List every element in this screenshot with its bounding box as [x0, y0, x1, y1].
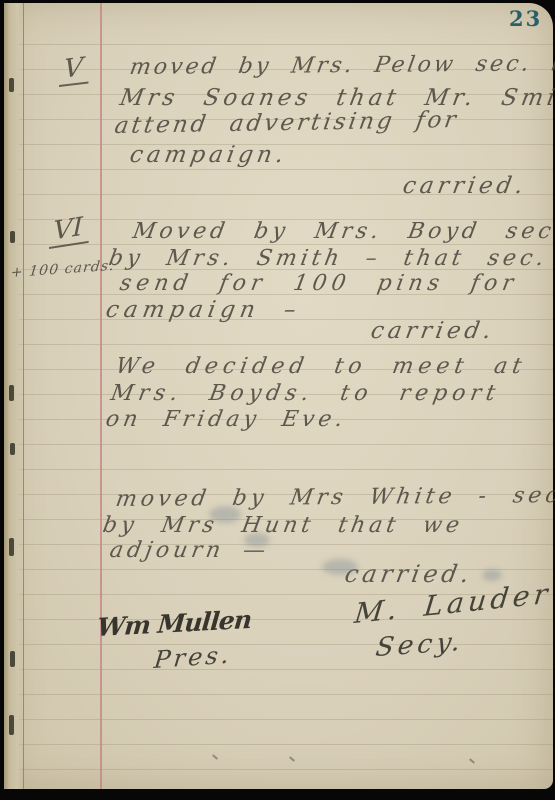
- binding-stitch: [10, 231, 15, 243]
- minutes-line: moved by Mrs. Pelow sec. by: [128, 53, 555, 79]
- carried-note: carried.: [343, 562, 475, 586]
- binding-stitch: [9, 538, 14, 556]
- binding-stitch: [10, 651, 15, 667]
- minutes-line: on Friday Eve.: [104, 409, 348, 431]
- minutes-line: attend advertising for: [113, 109, 460, 138]
- item-v-numeral: V: [59, 54, 90, 87]
- binding-edge: [4, 3, 24, 789]
- page-number: 23: [509, 8, 542, 29]
- minutes-line: Moved by Mrs. Boyd sec: [131, 221, 555, 243]
- binding-stitch: [9, 715, 14, 735]
- binding-stitch: [10, 443, 15, 455]
- margin-rule-line: [100, 3, 102, 789]
- secretary-title: Secy.: [374, 629, 466, 661]
- pencil-tick: [469, 758, 475, 763]
- ink-smudge: [322, 559, 358, 575]
- pencil-tick: [289, 756, 295, 761]
- minutes-line: by Mrs Hunt that we: [101, 515, 465, 537]
- item-vi-numeral: VI: [49, 213, 89, 249]
- binding-stitch: [9, 385, 14, 401]
- minutes-book-photo: 23 V moved by Mrs. Pelow sec. by Mrs Soa…: [0, 0, 555, 800]
- ink-smudge: [209, 506, 241, 523]
- ink-smudge: [244, 533, 270, 547]
- president-title: Pres.: [153, 643, 233, 672]
- minutes-line: campaign –: [104, 299, 303, 322]
- minutes-line: send for 100 pins for: [118, 273, 520, 295]
- ink-smudge: [482, 569, 502, 581]
- minutes-line: moved by Mrs White - sec.: [114, 485, 555, 511]
- pencil-tick: [212, 754, 218, 759]
- minutes-line: We decided to meet at: [114, 356, 528, 378]
- minutes-line: Mrs Soanes that Mr. Smith: [118, 87, 555, 110]
- ledger-page: 23 V moved by Mrs. Pelow sec. by Mrs Soa…: [4, 3, 553, 789]
- minutes-line: by Mrs. Smith – that sec.: [107, 248, 549, 270]
- president-signature: Wm Mullen: [96, 607, 252, 640]
- carried-note: carried.: [401, 175, 529, 198]
- carried-note: carried.: [369, 320, 497, 343]
- binding-stitch: [9, 78, 14, 92]
- minutes-line: campaign.: [128, 144, 289, 167]
- minutes-line: Mrs. Boyds. to report: [109, 383, 502, 405]
